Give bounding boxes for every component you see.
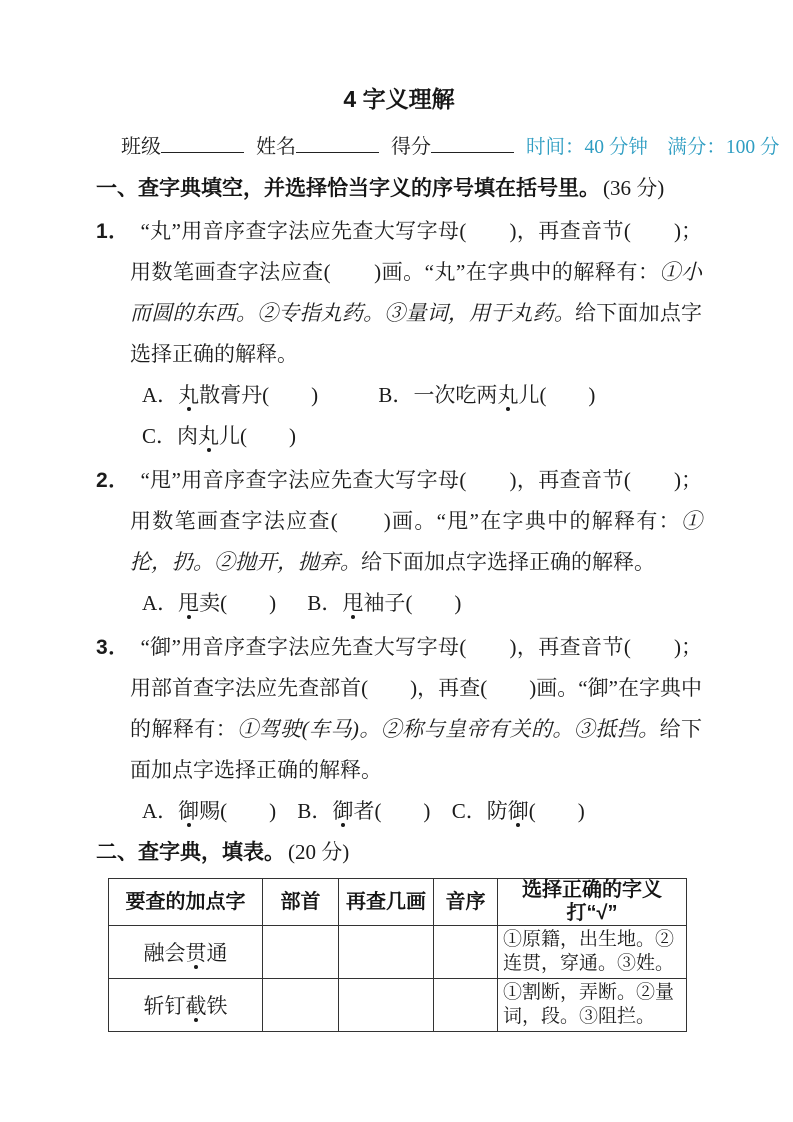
- answer-bracket[interactable]: ( ): [405, 591, 461, 615]
- question-1-options-row-1: A．丸散膏丹( ) B．一次吃两丸儿( ): [96, 375, 702, 416]
- section2-score: (20 分): [288, 840, 349, 864]
- option-a: A．御赐( ): [142, 799, 276, 823]
- meaning-cell: ①割断，弄断。②量词，段。③阻拦。: [498, 979, 687, 1032]
- question-text: “甩”用音序查字法应先查大写字母( )，再查音节( )；用数笔画查字法应查( )…: [130, 468, 702, 533]
- dotted-character: 御: [178, 799, 199, 823]
- question-3-options-row: A．御赐( ) B．御者( ) C．防御( ): [96, 791, 702, 832]
- option-text: 袖子: [363, 591, 405, 615]
- dotted-character: 丸: [198, 424, 219, 448]
- class-label: 班级: [121, 136, 161, 158]
- dotted-character: 御: [332, 799, 353, 823]
- question-2-body: 2．“甩”用音序查字法应先查大写字母( )，再查音节( )；用数笔画查字法应查(…: [96, 460, 702, 583]
- answer-bracket[interactable]: ( ): [240, 424, 296, 448]
- word-cell: 融会贯通: [109, 926, 263, 979]
- dotted-character: 截: [186, 994, 207, 1018]
- option-text: 防: [487, 799, 508, 823]
- worksheet-page: 4 字义理解 班级 姓名 得分 时间：40 分钟 满分：100 分 一、查字典填…: [96, 84, 702, 1032]
- name-field: 姓名: [256, 130, 379, 159]
- dotted-character: 贯: [186, 941, 207, 965]
- question-1: 1．“丸”用音序查字法应先查大写字母( )，再查音节( )；用数笔画查字法应查(…: [96, 211, 702, 457]
- word-text: 融会: [144, 941, 186, 965]
- word-text: 通: [207, 941, 228, 965]
- question-definitions: ①驾驶(车马)。②称与皇帝有关的。③抵挡。: [237, 717, 659, 741]
- question-2-options-row: A．甩卖( ) B．甩袖子( ): [96, 583, 702, 624]
- initial-cell-empty[interactable]: [434, 979, 498, 1032]
- table-row: 斩钉截铁 ①割断，弄断。②量词，段。③阻拦。: [109, 979, 687, 1032]
- option-label: A．: [142, 799, 178, 823]
- question-number: 3．: [96, 636, 140, 659]
- option-label: B．: [297, 799, 332, 823]
- radical-cell-empty[interactable]: [263, 926, 339, 979]
- option-text: 卖: [199, 591, 220, 615]
- option-text: 散膏丹: [199, 383, 262, 407]
- question-number: 2．: [96, 469, 140, 492]
- strokes-cell-empty[interactable]: [339, 926, 434, 979]
- strokes-cell-empty[interactable]: [339, 979, 434, 1032]
- answer-bracket[interactable]: ( ): [220, 591, 276, 615]
- option-b: B．一次吃两丸儿( ): [378, 383, 595, 407]
- option-label: C．: [142, 424, 177, 448]
- table-header-row: 要查的加点字 部首 再查几画 音序 选择正确的字义打“√”: [109, 879, 687, 926]
- answer-bracket[interactable]: ( ): [374, 799, 430, 823]
- option-c: C．肉丸儿( ): [142, 424, 296, 448]
- radical-cell-empty[interactable]: [263, 979, 339, 1032]
- option-label: B．: [307, 591, 342, 615]
- class-blank[interactable]: [161, 136, 244, 153]
- option-text: 赐: [199, 799, 220, 823]
- name-blank[interactable]: [296, 136, 379, 153]
- option-label: B．: [378, 383, 413, 407]
- option-text: 儿: [219, 424, 240, 448]
- option-label: A．: [142, 591, 178, 615]
- section1-questions: 1．“丸”用音序查字法应先查大写字母( )，再查音节( )；用数笔画查字法应查(…: [96, 211, 702, 832]
- section2-title: 二、查字典，填表。: [96, 841, 285, 864]
- answer-bracket[interactable]: ( ): [262, 383, 318, 407]
- section1-score: (36 分): [603, 176, 664, 200]
- option-text: 者: [353, 799, 374, 823]
- header-strokes: 再查几画: [339, 879, 434, 926]
- student-info-line: 班级 姓名 得分 时间：40 分钟 满分：100 分: [96, 130, 702, 160]
- option-label: A．: [142, 383, 178, 407]
- question-1-body: 1．“丸”用音序查字法应先查大写字母( )，再查音节( )；用数笔画查字法应查(…: [96, 211, 702, 375]
- class-field: 班级: [121, 130, 244, 159]
- option-b: B．御者( ): [297, 799, 430, 823]
- header-radical: 部首: [263, 879, 339, 926]
- section1-title: 一、查字典填空，并选择恰当字义的序号填在括号里。: [96, 177, 600, 200]
- section2-heading: 二、查字典，填表。(20 分): [96, 836, 702, 869]
- word-text: 铁: [207, 994, 228, 1018]
- header-initial: 音序: [434, 879, 498, 926]
- initial-cell-empty[interactable]: [434, 926, 498, 979]
- meaning-cell: ①原籍，出生地。②连贯，穿通。③姓。: [498, 926, 687, 979]
- option-a: A．丸散膏丹( ): [142, 383, 318, 407]
- option-a: A．甩卖( ): [142, 591, 276, 615]
- header-target-word: 要查的加点字: [109, 879, 263, 926]
- table-row: 融会贯通 ①原籍，出生地。②连贯，穿通。③姓。: [109, 926, 687, 979]
- option-text: 肉: [177, 424, 198, 448]
- word-cell: 斩钉截铁: [109, 979, 263, 1032]
- score-blank[interactable]: [431, 136, 514, 153]
- score-label: 得分: [391, 136, 431, 158]
- question-3: 3．“御”用音序查字法应先查大写字母( )，再查音节( )；用部首查字法应先查部…: [96, 627, 702, 832]
- score-field: 得分: [391, 130, 514, 159]
- question-3-body: 3．“御”用音序查字法应先查大写字母( )，再查音节( )；用部首查字法应先查部…: [96, 627, 702, 791]
- question-1-options-row-2: C．肉丸儿( ): [96, 416, 702, 457]
- word-text: 斩钉: [144, 994, 186, 1018]
- question-text-tail: 给下面加点字选择正确的解释。: [361, 550, 655, 574]
- dictionary-lookup-table: 要查的加点字 部首 再查几画 音序 选择正确的字义打“√” 融会贯通 ①原籍，出…: [108, 878, 687, 1032]
- answer-bracket[interactable]: ( ): [539, 383, 595, 407]
- dotted-character: 丸: [497, 383, 518, 407]
- exam-meta: 时间：40 分钟 满分：100 分: [526, 131, 780, 159]
- header-meaning: 选择正确的字义打“√”: [498, 879, 687, 926]
- section1-heading: 一、查字典填空，并选择恰当字义的序号填在括号里。(36 分): [96, 172, 702, 205]
- option-b: B．甩袖子( ): [307, 591, 461, 615]
- name-label: 姓名: [256, 136, 296, 158]
- option-label: C．: [452, 799, 487, 823]
- question-2: 2．“甩”用音序查字法应先查大写字母( )，再查音节( )；用数笔画查字法应查(…: [96, 460, 702, 624]
- answer-bracket[interactable]: ( ): [220, 799, 276, 823]
- page-title: 4 字义理解: [96, 84, 702, 114]
- dotted-character: 甩: [178, 591, 199, 615]
- option-text: 一次吃两: [413, 383, 497, 407]
- question-text: “丸”用音序查字法应先查大写字母( )，再查音节( )；用数笔画查字法应查( )…: [130, 219, 702, 284]
- dotted-character: 丸: [178, 383, 199, 407]
- question-number: 1．: [96, 220, 140, 243]
- answer-bracket[interactable]: ( ): [529, 799, 585, 823]
- dotted-character: 御: [508, 799, 529, 823]
- option-text: 儿: [518, 383, 539, 407]
- option-c: C．防御( ): [452, 799, 585, 823]
- dotted-character: 甩: [342, 591, 363, 615]
